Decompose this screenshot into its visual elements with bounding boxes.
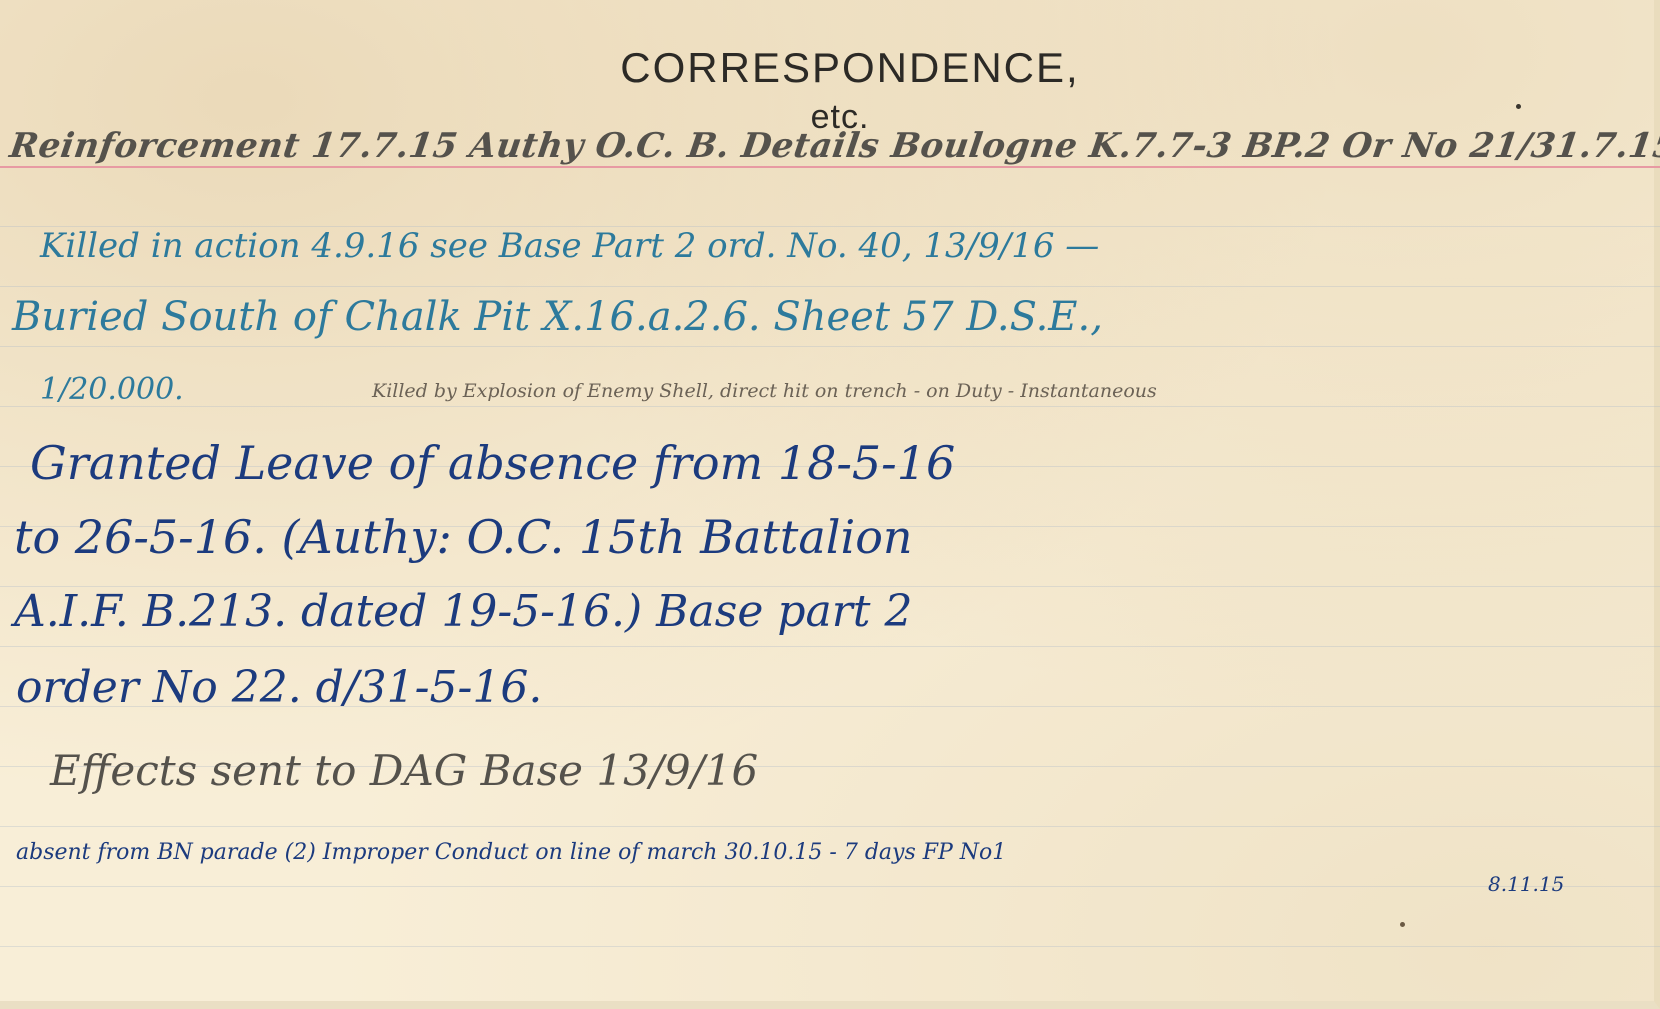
ink-speck (1516, 104, 1521, 109)
disciplinary-entry: absent from BN parade (2) Improper Condu… (16, 840, 1006, 865)
ruled-line (0, 946, 1660, 947)
cause-of-death-note: Killed by Explosion of Enemy Shell, dire… (372, 380, 1157, 402)
reinforcement-entry: Reinforcement 17.7.15 Authy O.C. B. Deta… (7, 126, 1660, 166)
map-scale-entry: 1/20.000. (40, 372, 184, 407)
margin-rule (0, 166, 1660, 168)
ruled-line (0, 826, 1660, 827)
leave-entry-line-4: order No 22. d/31-5-16. (16, 662, 542, 713)
killed-in-action-entry: Killed in action 4.9.16 see Base Part 2 … (40, 226, 1099, 266)
ruled-line (0, 406, 1660, 407)
leave-entry-line-1: Granted Leave of absence from 18-5-16 (30, 436, 955, 490)
effects-entry: Effects sent to DAG Base 13/9/16 (50, 746, 758, 795)
ink-speck (1400, 922, 1405, 927)
leave-entry-line-2: to 26-5-16. (Authy: O.C. 15th Battalion (14, 510, 913, 564)
record-card: CORRESPONDENCE, etc. Reinforcement 17.7.… (0, 0, 1660, 1009)
card-heading: CORRESPONDENCE, (0, 44, 1660, 92)
leave-entry-line-3: A.I.F. B.213. dated 19-5-16.) Base part … (14, 586, 912, 637)
ruled-line (0, 346, 1660, 347)
disciplinary-entry-date: 8.11.15 (1488, 872, 1564, 896)
ruled-line (0, 646, 1660, 647)
burial-location-entry: Buried South of Chalk Pit X.16.a.2.6. Sh… (12, 294, 1103, 340)
ruled-line (0, 286, 1660, 287)
ruled-line (0, 886, 1660, 887)
